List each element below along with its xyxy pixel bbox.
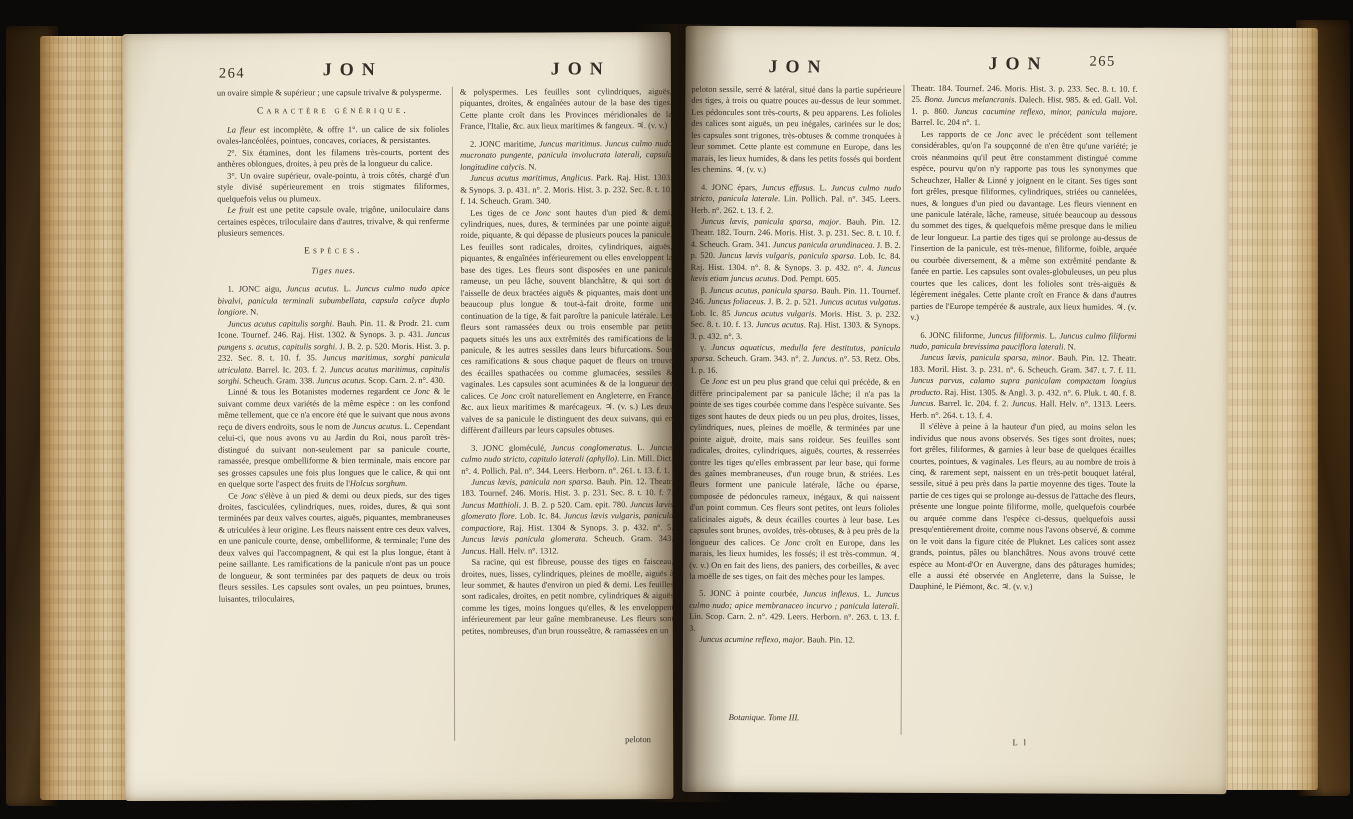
paragraph: Juncus acumine reflexo, major. Bauh. Pin… (689, 634, 899, 646)
paragraph: Il s'élève à peine à la hauteur d'un pie… (909, 421, 1136, 594)
right-page: JON JON 265 peloton sessile, serré & lat… (682, 26, 1229, 794)
paragraph: Linné & tous les Botanistes modernes reg… (218, 386, 450, 490)
running-header-jon-2: JON (471, 58, 691, 80)
paragraph: Le fruit est une petite capsule ovale, t… (217, 204, 449, 239)
paragraph: 2. JONC maritime, Juncus maritimus. Junc… (460, 138, 672, 173)
paragraph: Les tiges de ce Jonc sont hautes d'un pi… (460, 207, 673, 437)
page-fore-edge-left (40, 36, 134, 800)
paragraph: Juncus lævis, panicula sparsa, minor. Ba… (910, 352, 1136, 422)
running-header-jon-3: JON (691, 56, 905, 78)
paragraph: Sa racine, qui est fibreuse, pousse des … (461, 556, 673, 637)
paragraph: Espèces. (217, 246, 449, 258)
catchword: peloton (625, 734, 651, 744)
paragraph: 2°. Six étamines, dont les filamens très… (217, 147, 449, 171)
column-rule-right-page (901, 85, 905, 735)
text-column-1: un ovaire simple & supérieur ; une capsu… (217, 87, 451, 754)
paragraph: Juncus lævis, panicula sparsa, major. Ba… (691, 216, 901, 286)
page-fore-edge-right (1222, 28, 1318, 790)
book-photograph: { "colors": { "background": "#0b0a08", "… (0, 0, 1353, 819)
paragraph: Ce Jonc est un peu plus grand que celui … (689, 376, 900, 583)
paragraph: Caractère générique. (217, 106, 449, 118)
paragraph: Juncus lævis, panicula non sparsa. Bauh.… (461, 476, 673, 557)
paragraph: 3°. Un ovaire supérieur, ovale-pointu, à… (217, 170, 449, 205)
book-photo: 264 JON JON un ovaire simple & supérieur… (0, 0, 1353, 819)
paragraph: Theatr. 184. Tournef. 246. Moris. Hist. … (911, 83, 1137, 130)
page-number-left: 264 (219, 66, 245, 83)
text-column-2: & polyspermes. Les feuilles sont cylindr… (460, 86, 674, 739)
paragraph: 3. JONC gloméculé, Juncus conglomeratus.… (461, 442, 673, 477)
text-column-3: peloton sessile, serré & latéral, situé … (689, 84, 902, 713)
page-number-right: 265 (1089, 54, 1115, 71)
paragraph: un ovaire simple & supérieur ; une capsu… (217, 87, 449, 99)
column-rule-left-page (452, 87, 455, 741)
paragraph: Juncus acutus capitulis sorghi. Bauh. Pi… (218, 318, 450, 388)
paragraph: 6. JONC filiforme, Juncus filiformis. L.… (910, 329, 1136, 353)
paragraph: La fleur est incomplète, & offre 1°. un … (217, 124, 449, 148)
text-column-4: Theatr. 184. Tournef. 246. Moris. Hist. … (909, 83, 1138, 732)
paragraph: & polyspermes. Les feuilles sont cylindr… (460, 86, 672, 133)
volume-footer: Botanique. Tome III. (729, 712, 800, 722)
paragraph: β. Juncus acutus, panicula sparsa. Bauh.… (690, 285, 900, 343)
paragraph: 4. JONC épars, Juncus effusus. L. Juncus… (691, 181, 901, 216)
paragraph: Juncus acutus maritimus, Anglicus. Park.… (460, 172, 672, 207)
left-page: 264 JON JON un ovaire simple & supérieur… (123, 32, 674, 801)
paragraph: Ce Jonc s'élève à un pied & demi ou deux… (218, 489, 450, 604)
paragraph: 1. JONC aigu, Juncus acutus. L. Juncus c… (218, 283, 450, 318)
paragraph: Tiges nues. (217, 265, 449, 277)
running-header-jon-1: JON (243, 59, 463, 81)
paragraph: peloton sessile, serré & latéral, situé … (691, 84, 901, 177)
signature-mark: L l (1013, 737, 1029, 747)
paragraph: Les rapports de ce Jonc avec le précéden… (910, 129, 1137, 325)
paragraph: 5. JONC à pointe courbée, Juncus inflexu… (689, 588, 899, 635)
paragraph: γ. Juncus aquaticus, medulla fere destit… (690, 342, 900, 377)
